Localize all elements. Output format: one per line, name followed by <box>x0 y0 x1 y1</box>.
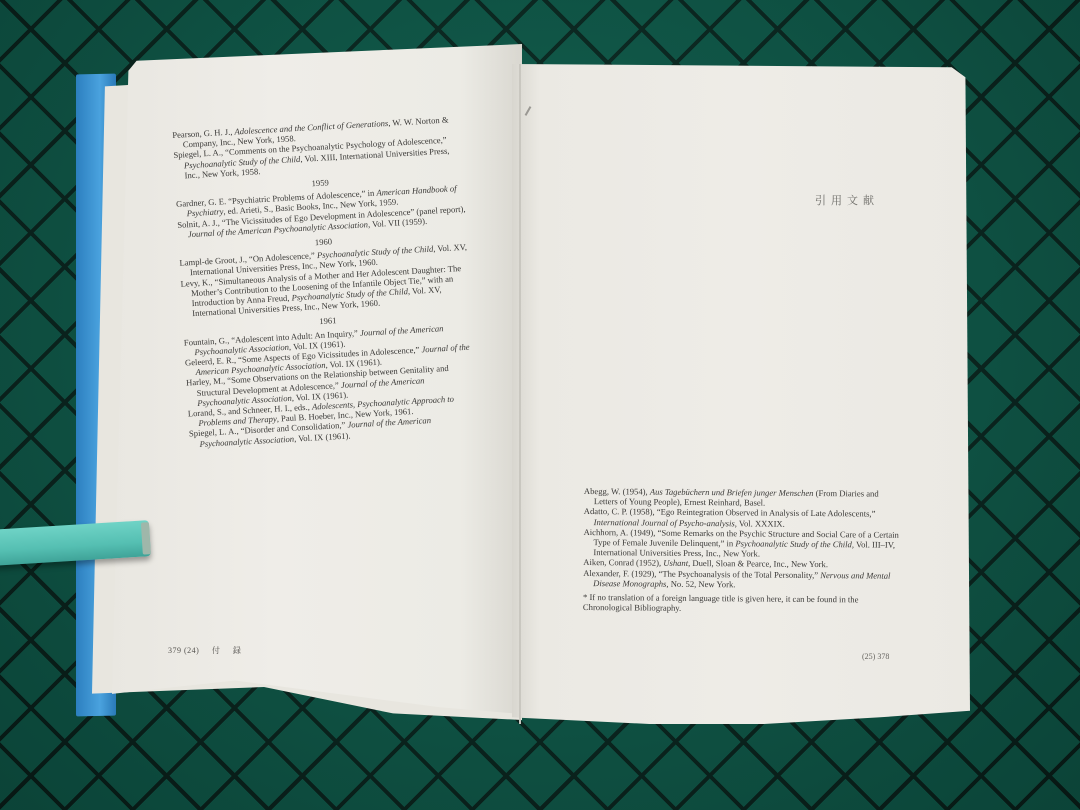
right-page <box>512 64 970 724</box>
left-page-footer: 379 (24) 付 録 <box>168 645 251 656</box>
section-label-char: 付 <box>212 646 221 655</box>
footnote: * If no translation of a foreign languag… <box>583 592 901 615</box>
book-gutter <box>519 64 521 724</box>
right-page-bibliography: Abegg, W. (1954), Aus Tagebüchern und Br… <box>583 486 902 615</box>
right-page-title: 引用文献 <box>815 192 879 208</box>
bib-entry: Alexander, F. (1929), “The Psychoanalysi… <box>583 568 901 591</box>
page-number: 379 (24) <box>168 646 199 655</box>
bib-entry: Adatto, C. P. (1958), “Ego Reintegration… <box>584 506 902 529</box>
page-number: (25) 378 <box>862 652 889 661</box>
bib-entry: Abegg, W. (1954), Aus Tagebüchern und Br… <box>584 486 902 509</box>
right-page-footer: (25) 378 <box>862 652 889 661</box>
bib-entry: Aichhorn, A. (1949), “Some Remarks on th… <box>583 527 901 560</box>
section-label-char: 録 <box>233 646 242 655</box>
left-page-bibliography: Pearson, G. H. J., Adolescence and the C… <box>172 114 479 450</box>
